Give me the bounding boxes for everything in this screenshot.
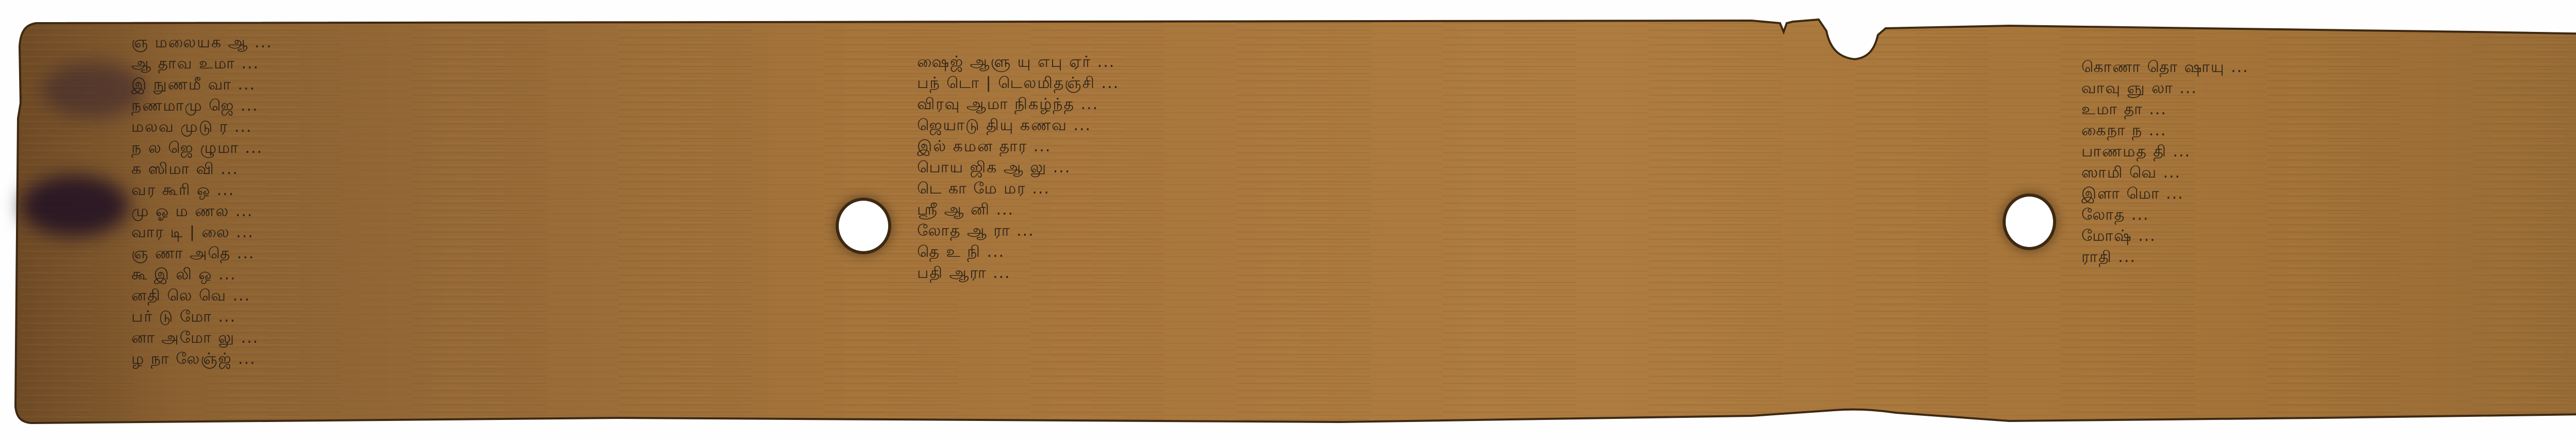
scan-background: ஞ மலையக ஆ ... ஆ தாவ உமா ... இ நுணமீ வா .… (0, 0, 2576, 440)
text-line: இளா மொ ... (2081, 183, 2576, 204)
text-line: ஷைஜ் ஆளு யு எபு ஏர் ... (917, 51, 1973, 73)
text-line: நணமாமு ஜெ ... (131, 95, 817, 116)
text-line: கைநா ந ... (2081, 120, 2576, 141)
text-line: லோத ஆ ரா ... (917, 220, 1973, 241)
text-line: னதி லெ வெ ... (131, 285, 817, 306)
manuscript-text-middle: ஷைஜ் ஆளு யு எபு ஏர் ... பந் டொ | டெலமிதஞ… (917, 51, 1973, 381)
text-line: மலவ முடு ர ... (131, 116, 817, 137)
text-line: லோத ... (2081, 204, 2576, 225)
text-line: ஸாமி வெ ... (2081, 162, 2576, 183)
text-line: இ நுணமீ வா ... (131, 74, 817, 95)
text-line: விரவு ஆமா நிகழ்ந்த ... (917, 94, 1973, 115)
text-line: கொணா தொ ஷாயு ... (2081, 57, 2576, 78)
text-line: ஞ மலையக ஆ ... (131, 32, 817, 53)
text-line: ராதி ... (2081, 247, 2576, 268)
text-line: வாவு ஞு லா ... (2081, 78, 2576, 99)
text-line: பர் டு மோ ... (131, 306, 817, 327)
text-line: பொய ஜிக ஆ லு ... (917, 157, 1973, 178)
text-line: ஆ தாவ உமா ... (131, 53, 817, 74)
ink-stain-upper (41, 62, 144, 118)
text-line: ழ நா லேஞ்ஜ் ... (131, 348, 817, 369)
text-line: பந் டொ | டெலமிதஞ்சி ... (917, 73, 1973, 94)
text-line: வர கூரி ஒ ... (131, 180, 817, 201)
text-line: னா அமோ லு ... (131, 327, 817, 348)
string-hole-left (839, 201, 888, 251)
string-hole-right (2006, 197, 2053, 247)
text-line: இல் கமன தார ... (917, 136, 1973, 157)
text-line: க ஸிமா வி ... (131, 159, 817, 180)
text-line: ஸ்ரீ ஆ னி ... (917, 199, 1973, 220)
text-line: தெ உ நி ... (917, 241, 1973, 262)
text-line: பாணமத தி ... (2081, 141, 2576, 162)
text-line: வார டி | லை ... (131, 222, 817, 243)
text-line: ஜெயாடு தியு கணவ ... (917, 115, 1973, 136)
manuscript-text-left: ஞ மலையக ஆ ... ஆ தாவ உமா ... இ நுணமீ வா .… (131, 32, 817, 392)
text-line: டெ கா மே மர ... (917, 178, 1973, 199)
text-line: ஞ ணா அதெ ... (131, 243, 817, 264)
manuscript-text-right: கொணா தொ ஷாயு ... வாவு ஞு லா ... உமா தா .… (2081, 57, 2576, 386)
text-line: மோஷ் ... (2081, 225, 2576, 247)
text-line: மு ஓ ம ணல ... (131, 201, 817, 222)
ink-stain-lower (21, 175, 129, 237)
text-line: பதி ஆரா ... (917, 262, 1973, 284)
text-line: கூ இ லி ஒ ... (131, 264, 817, 285)
text-line: உமா தா ... (2081, 99, 2576, 120)
text-line: ந ல ஜெ ழுமா ... (131, 137, 817, 159)
